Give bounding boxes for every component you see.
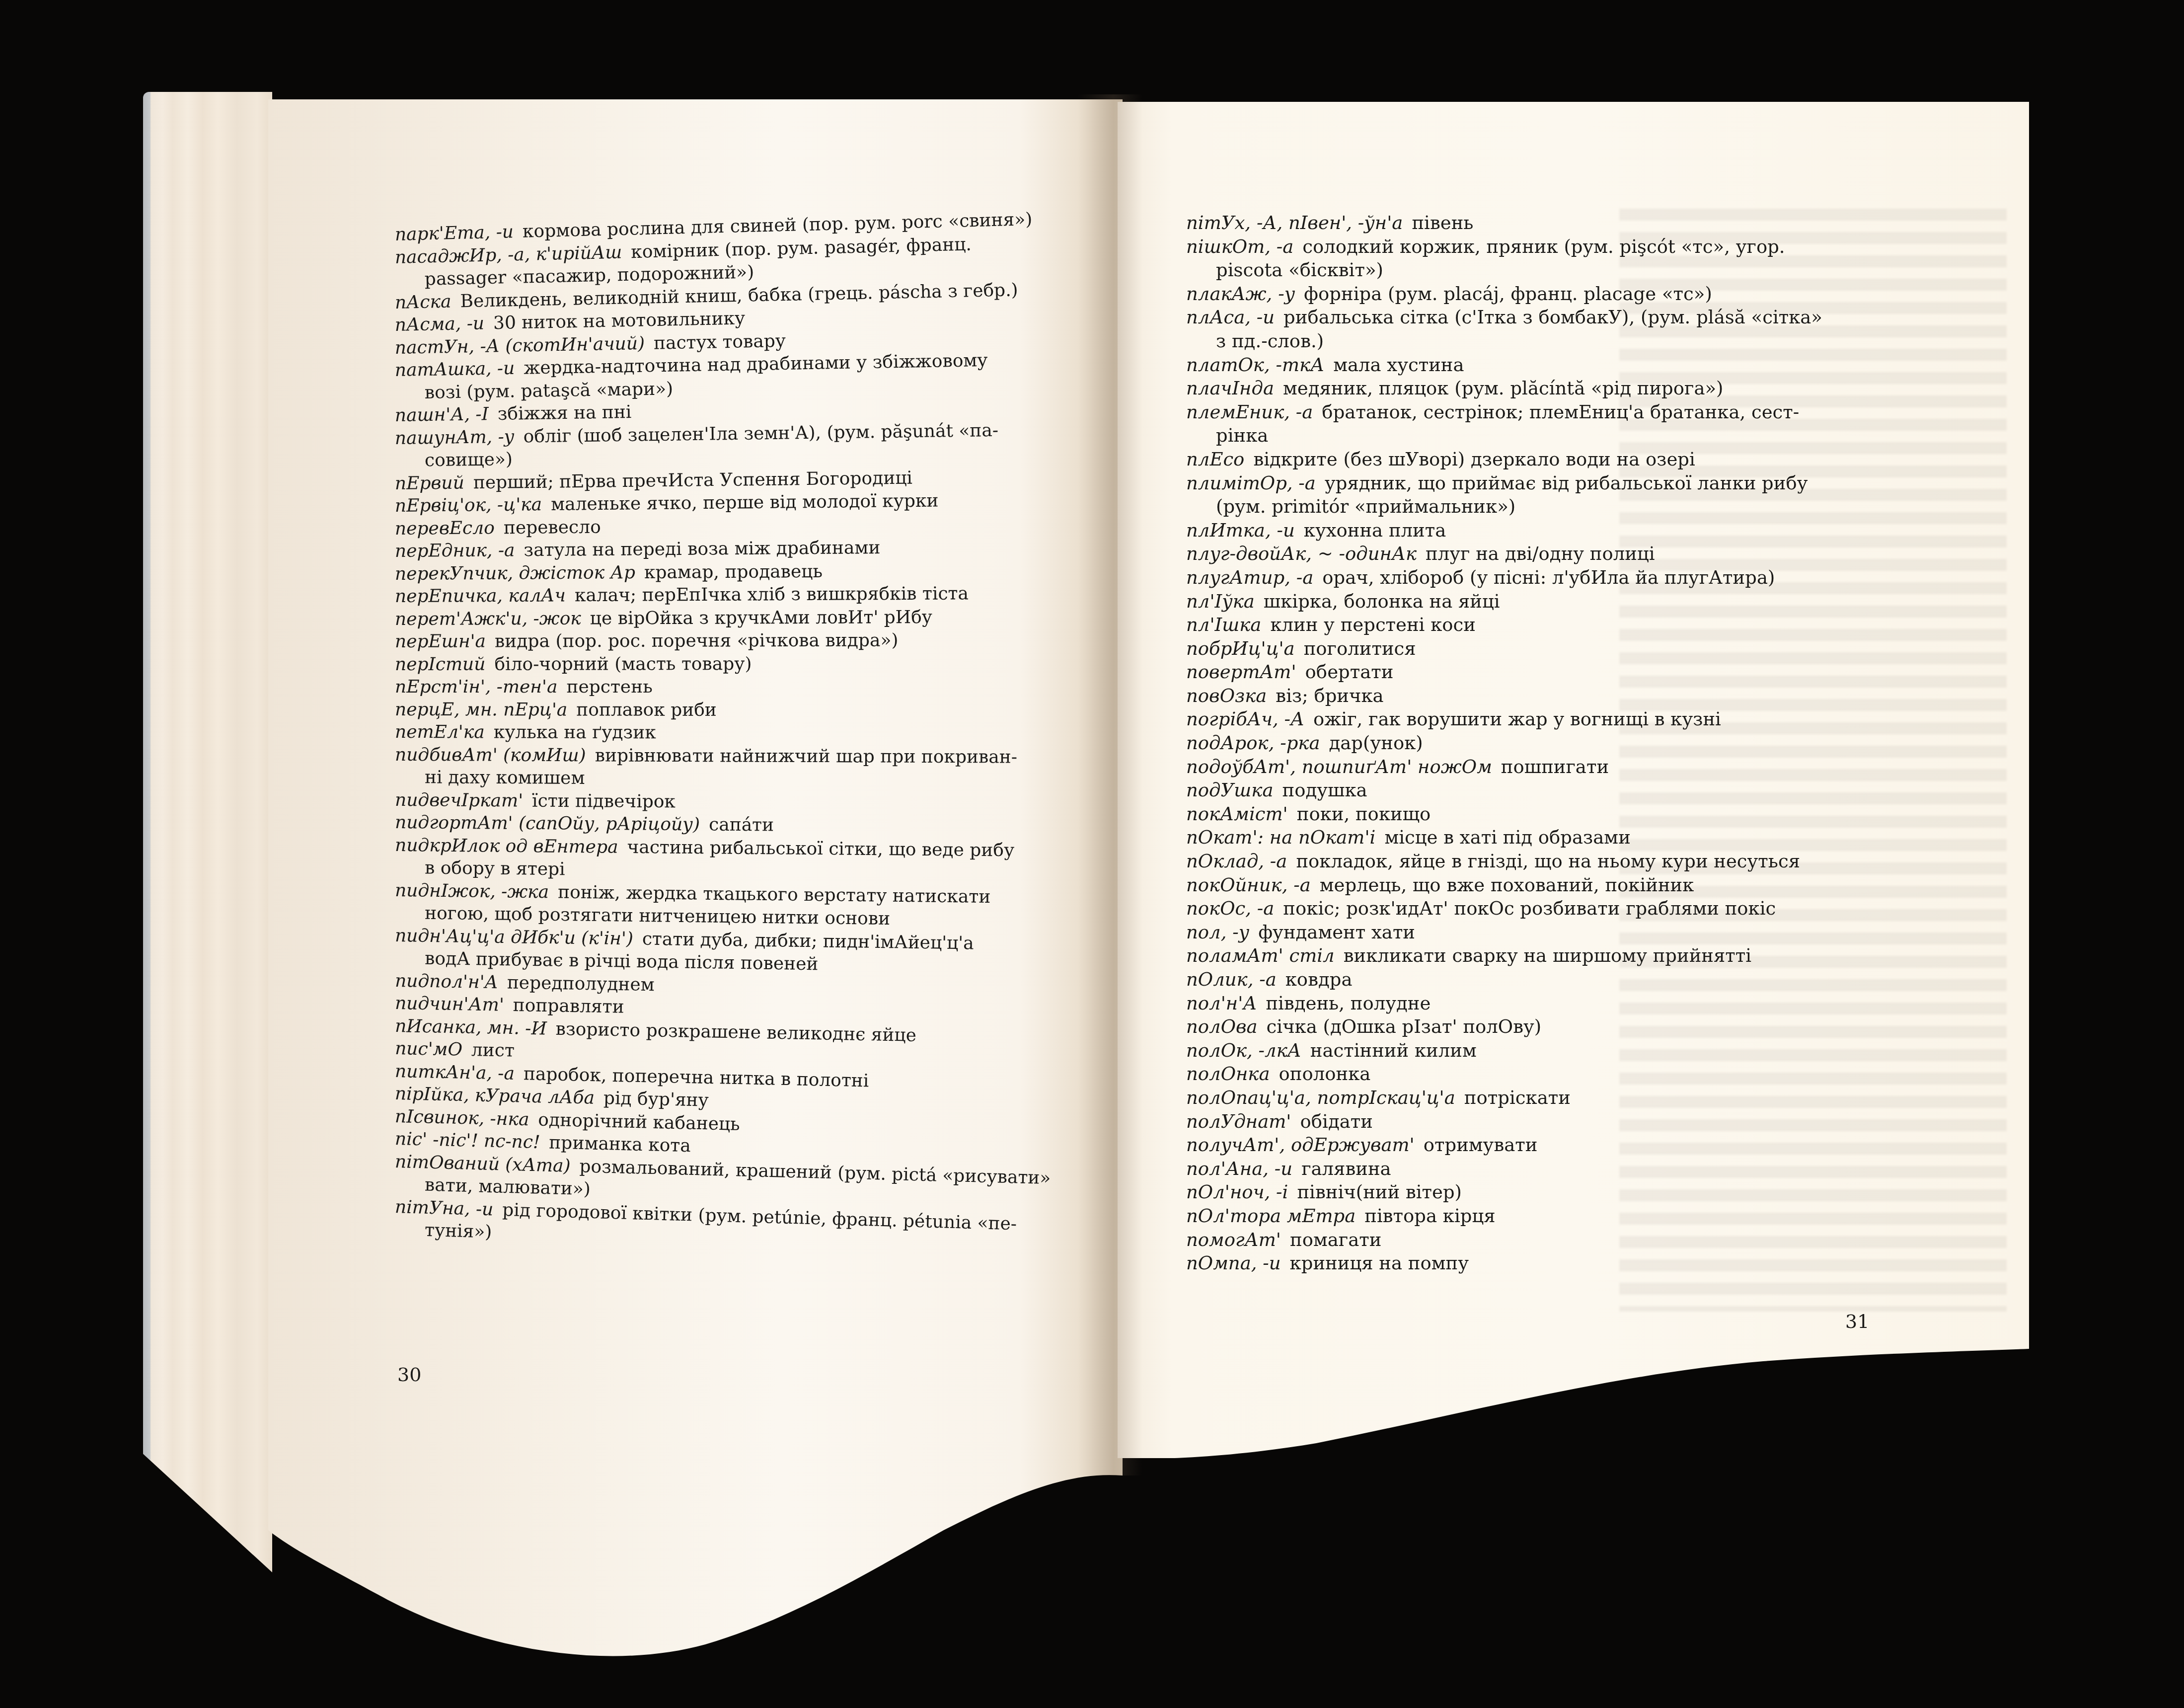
entry-headword: получАт', одЕржуват'	[1186, 1134, 1415, 1156]
dictionary-entry: полОпац'ц'а, потрІскац'ц'апотріскати	[1186, 1088, 1906, 1112]
entry-definition: галявина	[1301, 1158, 1391, 1179]
entry-headword: помогАт'	[1186, 1229, 1281, 1250]
entry-headword: пл'Ішка	[1186, 614, 1261, 635]
dictionary-entry: перет'Ажк'и, -жокце вірОйка з кручкАми л…	[395, 608, 1110, 633]
dictionary-entry: плугАтир, -аорач, хлібороб (у пісні: л'у…	[1186, 568, 1906, 592]
entry-definition: шкірка, болонка на яйці	[1264, 591, 1500, 612]
entry-definition: форніра (рум. placáj, франц. placage «тс…	[1304, 283, 1712, 305]
entry-definition: криниця на помпу	[1290, 1252, 1469, 1274]
entry-headword: повертАт'	[1186, 661, 1296, 683]
entry-definition: потріскати	[1464, 1087, 1571, 1108]
entry-definition: віз; бричка	[1276, 685, 1383, 706]
entry-headword: племЕник, -а	[1186, 401, 1313, 423]
entry-headword: пАсма, -и	[395, 313, 485, 335]
entry-headword: плуг-двойАк, ~ -одинАк	[1186, 543, 1417, 564]
entry-definition: передполуднем	[507, 972, 655, 995]
entry-headword: перЕпичка, калАч	[395, 585, 566, 607]
entry-headword: пидвечІркат'	[395, 790, 523, 811]
entry-headword: пидн'Ац'ц'а дИбк'и (к'ін')	[395, 926, 633, 949]
page-number-right: 31	[1845, 1311, 1869, 1332]
entry-continuation: в обору в ятері	[395, 857, 565, 879]
entry-headword: перЕшн'а	[395, 631, 486, 652]
dictionary-entry: петЕл'какулька на ґудзик	[395, 723, 1110, 748]
entry-headword: полУднат'	[1186, 1111, 1291, 1132]
entry-definition: солодкий коржик, пряник (рум. pişcót «тс…	[1302, 236, 1785, 257]
entry-headword: піс' -піс'! пс-пс!	[395, 1129, 540, 1153]
entry-definition: отримувати	[1424, 1134, 1538, 1156]
entry-headword: пЕрст'ін', -тен'а	[395, 677, 557, 697]
entry-headword: плугАтир, -а	[1186, 567, 1313, 588]
entry-definition: лист	[471, 1040, 515, 1061]
entry-definition: викликати сварку на ширшому прийнятті	[1344, 945, 1751, 966]
dictionary-entry: пОлик, -аковдра	[1186, 970, 1906, 994]
entry-headword: пиднІжок, -жка	[395, 880, 549, 902]
entry-definition: кулька на ґудзик	[494, 722, 656, 743]
entry-headword: пітОваний (хАта)	[395, 1152, 571, 1176]
entry-headword: перІстий	[395, 654, 485, 674]
dictionary-entry: перЕпичка, калАчкалач; перЕпІчка хліб з …	[395, 584, 1110, 611]
entry-headword: плАса, -и	[1186, 307, 1275, 328]
entry-headword: парк'Ета, -и	[394, 222, 514, 245]
dictionary-entry: покАміст'поки, покищо	[1186, 805, 1906, 829]
entry-headword: пЕрвіц'ок, -ц'ка	[395, 494, 542, 516]
entry-headword: перцЕ, мн. пЕрц'а	[395, 699, 567, 720]
entry-headword: полОпац'ц'а, потрІскац'ц'а	[1186, 1087, 1455, 1108]
dictionary-entry: пішкОт, -асолодкий коржик, пряник (рум. …	[1186, 237, 1906, 261]
dictionary-entry: повертАт'обертати	[1186, 663, 1906, 687]
dictionary-entry: пОклад, -апокладок, яйце в гнізді, що на…	[1186, 852, 1906, 876]
entry-definition: перстень	[566, 677, 652, 697]
entry-headword: пІсвинок, -нка	[395, 1106, 529, 1130]
entry-headword: покОс, -а	[1186, 898, 1274, 919]
entry-definition: ожіг, гак ворушити жар у вогнищі в кузні	[1313, 708, 1721, 730]
dictionary-entry: пл'Ішкаклин у перстені коси	[1186, 616, 1906, 639]
dictionary-entry: получАт', одЕржуват'отримувати	[1186, 1136, 1906, 1160]
dictionary-entry: перІстийбіло-чорний (масть товару)	[395, 655, 1110, 678]
entry-headword: пол'Ана, -и	[1186, 1158, 1292, 1179]
dictionary-entry: перЕшн'авидра (пор. рос. поречня «річков…	[395, 631, 1110, 655]
entry-headword: пОклад, -а	[1186, 851, 1287, 872]
entry-headword: плачІнда	[1186, 378, 1274, 399]
entry-headword: пОлик, -а	[1186, 969, 1277, 990]
entry-headword: пидкрИлок од вЕнтера	[395, 835, 618, 857]
open-book: парк'Ета, -икормова рослина для свиней (…	[0, 0, 2184, 1708]
entry-definition: ковдра	[1285, 969, 1353, 990]
dictionary-entry: пЕрст'ін', -тен'аперстень	[395, 678, 1110, 701]
entry-definition: перевесло	[504, 517, 601, 538]
dictionary-entry: полОвасічка (дОшка рІзат' полОву)	[1186, 1017, 1906, 1041]
dictionary-entry: пол'н'Апівдень, полудне	[1186, 994, 1906, 1018]
dictionary-entry: подАрок, -ркадар(унок)	[1186, 734, 1906, 758]
entry-headword: полОва	[1186, 1016, 1258, 1037]
entry-headword: пішкОт, -а	[1186, 236, 1293, 257]
entry-headword: перЕдник, -а	[395, 540, 515, 561]
dictionary-entry: погрібАч, -Аожіг, гак ворушити жар у вог…	[1186, 710, 1906, 734]
entry-definition: поплавок риби	[576, 699, 717, 720]
entry-definition: крамар, продавець	[644, 561, 823, 582]
entry-continuation: рінка	[1186, 425, 1268, 446]
dictionary-entry: плимітОр, -аурядник, що приймає від риба…	[1186, 474, 1906, 498]
entry-headword: подАрок, -рка	[1186, 732, 1320, 754]
entry-definition: рибальська сітка (с'Ітка з бомбакУ), (ру…	[1283, 307, 1822, 328]
entry-headword: пітУна, -и	[395, 1197, 494, 1220]
dictionary-entry: перцЕ, мн. пЕрц'апоплавок риби	[395, 701, 1110, 724]
entry-headword: поламАт' стіл	[1186, 945, 1335, 966]
dictionary-entry: рінка	[1186, 426, 1906, 450]
entry-headword: плакАж, -у	[1186, 283, 1295, 305]
entry-definition: медяник, пляцок (рум. plăcíntă «рід пиро…	[1283, 378, 1724, 399]
entry-headword: пЕрвий	[395, 472, 464, 494]
entry-headword: плимітОр, -а	[1186, 472, 1316, 494]
entry-headword: пл'Іўка	[1186, 591, 1255, 612]
entry-definition: південь, полудне	[1266, 993, 1431, 1014]
entry-headword: пашн'А, -І	[395, 404, 489, 426]
dictionary-entry: полОнкаополонка	[1186, 1065, 1906, 1088]
entry-definition: частина рибальської сітки, що веде рибу	[627, 837, 1014, 860]
entry-headword: подоўбАт', пошпиґАт' ножОм	[1186, 756, 1492, 777]
entry-definition: відкрите (без шУворі) дзеркало води на о…	[1253, 449, 1695, 470]
entry-definition: покіс; розк'идАт' покОс розбивати грабля…	[1283, 898, 1776, 919]
entry-definition: маленьке ячко, перше від молодої курки	[551, 490, 939, 514]
entry-headword: пис'мО	[395, 1038, 463, 1060]
entry-definition: плуг на дві/одну полиці	[1426, 543, 1655, 564]
entry-definition: поки, покищо	[1297, 803, 1431, 825]
entry-definition: їсти підвечірок	[532, 790, 676, 812]
dictionary-entry: плакАж, -уфорніра (рум. placáj, франц. p…	[1186, 285, 1906, 309]
entry-definition: півень	[1412, 212, 1473, 233]
entry-continuation: (рум. primitór «приймальник»)	[1186, 496, 1515, 517]
entry-definition: поніж, жердка ткацького верстату натиска…	[558, 882, 991, 907]
dictionary-entry: полУднат'обідати	[1186, 1112, 1906, 1136]
entry-definition: пастух товару	[654, 330, 786, 353]
dictionary-entry: покОс, -апокіс; розк'идАт' покОс розбива…	[1186, 899, 1906, 923]
entry-headword: пИсанка, мн. -И	[395, 1016, 547, 1039]
entry-definition: це вірОйка з кручкАми ловИт' рИбу	[590, 607, 932, 629]
entry-definition: вирівнювати найнижчий шар при покриван-	[595, 745, 1017, 767]
entry-headword: пидгортАт' (сапОйу, рАріцойу)	[395, 812, 700, 835]
dictionary-entry: плачІндамедяник, пляцок (рум. plăcíntă «…	[1186, 379, 1906, 403]
entry-headword: пидчин'Ат'	[395, 993, 504, 1015]
entry-definition: північ(ний вітер)	[1297, 1181, 1462, 1203]
entry-definition: орач, хлібороб (у пісні: л'убИла йа плуг…	[1322, 567, 1775, 588]
entry-definition: видра (пор. рос. поречня «річкова видра»…	[495, 630, 899, 652]
dictionary-entry: покОйник, -амерлець, що вже похований, п…	[1186, 876, 1906, 900]
entry-definition: кухонна плита	[1304, 520, 1446, 541]
entry-headword: пол'н'А	[1186, 993, 1257, 1014]
entry-definition: рід бур'яну	[603, 1088, 709, 1111]
page-number-left: 30	[397, 1364, 421, 1386]
entry-definition: мала хустина	[1333, 354, 1464, 376]
left-page-entries: парк'Ета, -икормова рослина для свиней (…	[395, 226, 1110, 1243]
entry-definition: братанок, сестрінок; племЕниц'а братанка…	[1322, 401, 1799, 423]
entry-headword: полОк, -лкА	[1186, 1040, 1301, 1061]
entry-definition: подушка	[1282, 779, 1367, 801]
entry-headword: погрібАч, -А	[1186, 708, 1304, 730]
entry-definition: стати дуба, дибки; пидн'імАйец'ц'а	[642, 929, 974, 953]
dictionary-entry: племЕник, -абратанок, сестрінок; племЕни…	[1186, 403, 1906, 427]
dictionary-entry: повОзкавіз; бричка	[1186, 687, 1906, 710]
dictionary-entry: пОмпа, -икриниця на помпу	[1186, 1254, 1906, 1278]
entry-headword: пидбивАт' (комИш)	[395, 745, 586, 766]
dictionary-entry: пол'Ана, -игалявина	[1186, 1160, 1906, 1183]
dictionary-entry: подоўбАт', пошпиґАт' ножОмпошпигати	[1186, 758, 1906, 781]
entry-headword: питкАн'а, -а	[395, 1061, 515, 1084]
dictionary-entry: плАса, -ирибальська сітка (с'Ітка з бомб…	[1186, 308, 1906, 332]
dictionary-entry: з пд.-слов.)	[1186, 332, 1906, 356]
entry-definition: помагати	[1290, 1229, 1381, 1250]
entry-headword: пастУн, -А (скотИн'ачий)	[395, 333, 645, 358]
entry-continuation: возі (рум. pataşcă «мари»)	[395, 379, 674, 403]
entry-continuation: тунія»)	[395, 1219, 492, 1242]
dictionary-entry: плИтка, -икухонна плита	[1186, 521, 1906, 545]
entry-definition: урядник, що приймає від рибальської ланк…	[1325, 472, 1808, 494]
entry-definition: місце в хаті під образами	[1384, 827, 1630, 848]
dictionary-entry: платОк, -ткАмала хустина	[1186, 356, 1906, 380]
entry-definition: поголитися	[1304, 638, 1416, 659]
entry-headword: повОзка	[1186, 685, 1267, 706]
dictionary-entry: полОк, -лкАнастінний килим	[1186, 1041, 1906, 1065]
entry-continuation: з пд.-слов.)	[1186, 330, 1324, 352]
entry-definition: дар(унок)	[1329, 732, 1423, 754]
entry-headword: платОк, -ткА	[1186, 354, 1324, 376]
page-stack-edge	[143, 92, 272, 1572]
entry-definition: пошпигати	[1501, 756, 1609, 777]
entry-headword: пОмпа, -и	[1186, 1252, 1281, 1274]
entry-headword: покОйник, -а	[1186, 874, 1311, 896]
entry-headword: пірІйка, кУрача лАба	[395, 1084, 595, 1108]
entry-headword: пашунАт, -у	[395, 426, 515, 448]
dictionary-entry: пОкат': на пОкат'імісце в хаті під образ…	[1186, 828, 1906, 852]
entry-headword: пОл'ноч, -і	[1186, 1181, 1288, 1203]
dictionary-entry: (рум. primitór «приймальник»)	[1186, 497, 1906, 521]
dictionary-entry: перекУпчик, джісток Аркрамар, продавець	[395, 561, 1110, 588]
entry-definition: затула на переді воза між драбинами	[524, 538, 880, 560]
entry-headword: пол, -у	[1186, 922, 1249, 943]
entry-definition: 30 ниток на мотовильнику	[493, 308, 746, 333]
entry-definition: однорічний кабанець	[538, 1109, 740, 1134]
entry-definition: січка (дОшка рІзат' полОву)	[1267, 1016, 1542, 1037]
entry-continuation: piscota «бісквіт»)	[1186, 259, 1383, 281]
dictionary-entry: подУшкаподушка	[1186, 781, 1906, 805]
dictionary-entry: пітУх, -А, пІвен', -ўн'апівень	[1186, 214, 1906, 237]
entry-headword: перет'Ажк'и, -жок	[395, 608, 581, 629]
entry-headword: подУшка	[1186, 779, 1274, 801]
dictionary-entry: пОл'ноч, -іпівніч(ний вітер)	[1186, 1183, 1906, 1207]
entry-headword: побрИц'ц'а	[1186, 638, 1295, 659]
dictionary-entry: помогАт'помагати	[1186, 1231, 1906, 1254]
entry-definition: біло-чорний (масть товару)	[494, 654, 752, 675]
dictionary-entry: пл'Іўкашкірка, болонка на яйці	[1186, 592, 1906, 616]
entry-headword: плЕсо	[1186, 449, 1244, 470]
entry-headword: полОнка	[1186, 1063, 1270, 1085]
entry-headword: патАшка, -и	[395, 358, 515, 381]
entry-definition: приманка кота	[549, 1132, 691, 1156]
right-page-entries: пітУх, -А, пІвен', -ўн'апівеньпішкОт, -а…	[1186, 214, 1906, 1278]
dictionary-entry: пол, -уфундамент хати	[1186, 923, 1906, 947]
entry-definition: обертати	[1305, 661, 1394, 683]
entry-headword: пОл'тора мЕтра	[1186, 1205, 1356, 1227]
dictionary-entry: пОл'тора мЕтрапівтора кірця	[1186, 1207, 1906, 1231]
dictionary-entry: побрИц'ц'апоголитися	[1186, 639, 1906, 663]
entry-headword: петЕл'ка	[395, 722, 485, 742]
entry-continuation: ні даху комишем	[395, 767, 585, 788]
entry-headword: покАміст'	[1186, 803, 1288, 825]
entry-headword: пітУх, -А, пІвен', -ўн'а	[1186, 212, 1403, 233]
entry-headword: перевЕсло	[395, 518, 495, 539]
entry-definition: покладок, яйце в гнізді, що на ньому кур…	[1296, 851, 1800, 872]
entry-definition: півтора кірця	[1364, 1205, 1495, 1227]
entry-definition: обідати	[1300, 1111, 1373, 1132]
entry-definition: калач; перЕпІчка хліб з вишкрябків тіста	[575, 583, 969, 606]
entry-headword: пидпол'н'А	[395, 971, 498, 993]
entry-definition: ополонка	[1279, 1063, 1371, 1085]
entry-continuation: совище»)	[395, 449, 513, 471]
dictionary-entry: плЕсовідкрите (без шУворі) дзеркало води…	[1186, 450, 1906, 474]
entry-definition: поправляти	[513, 995, 624, 1017]
entry-definition: мерлець, що вже похований, покійник	[1320, 874, 1694, 896]
entry-headword: пАска	[394, 291, 451, 312]
entry-definition: фундамент хати	[1258, 922, 1415, 943]
dictionary-entry: перЕдник, -азатула на переді воза між др…	[395, 538, 1110, 565]
entry-headword: плИтка, -и	[1186, 520, 1295, 541]
dictionary-entry: поламАт' стілвикликати сварку на ширшому…	[1186, 946, 1906, 970]
dictionary-entry: плуг-двойАк, ~ -одинАкплуг на дві/одну п…	[1186, 544, 1906, 568]
entry-headword: пОкат': на пОкат'і	[1186, 827, 1375, 848]
entry-headword: перекУпчик, джісток Ар	[395, 562, 635, 584]
entry-definition: збіжжя на пні	[498, 402, 632, 424]
entry-definition: клин у перстені коси	[1270, 614, 1476, 635]
entry-definition: сапáти	[709, 815, 774, 836]
dictionary-entry: piscota «бісквіт»)	[1186, 261, 1906, 285]
entry-definition: настінний килим	[1310, 1040, 1477, 1061]
